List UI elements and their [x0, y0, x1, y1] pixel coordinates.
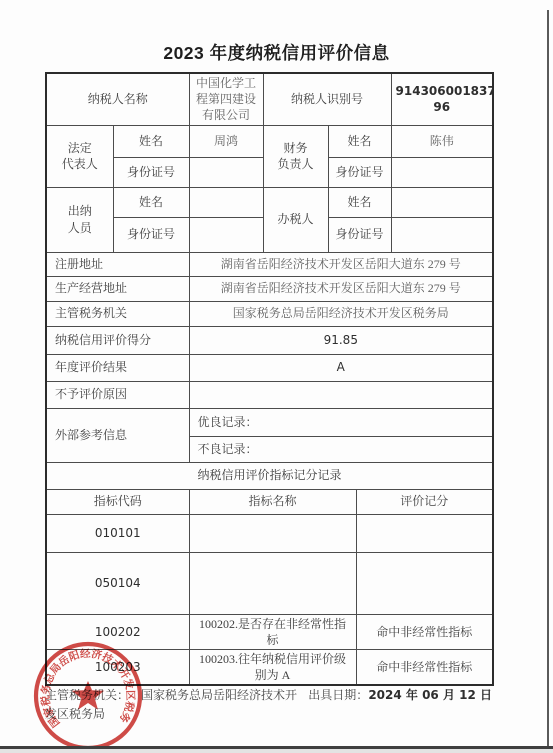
annual-result-label: 年度评价结果	[46, 354, 189, 381]
indicator-row: 100203 100203.往年纳税信用评价级别为 A 命中非经常性指标	[46, 649, 493, 685]
tax-credit-evaluation-document: 2023 年度纳税信用评价信息 纳税人名称 中国化学工程第四建设有限公司 纳税人…	[0, 0, 553, 753]
info-row-label: 生产经营地址	[46, 276, 189, 301]
evaluation-table: 纳税人名称 中国化学工程第四建设有限公司 纳税人识别号 914306001837…	[45, 72, 494, 686]
finance-name-value: 陈伟	[391, 125, 493, 157]
indicator-col-code: 指标代码	[46, 489, 189, 514]
legal-rep-label: 法定 代表人	[46, 125, 113, 187]
table-row: 年度评价结果 A	[46, 354, 493, 381]
indicator-score	[356, 514, 493, 552]
tax-agent-id-label: 身份证号	[328, 217, 391, 252]
footer-authority: 主管税务机关：国家税务总局岳阳经济技术开发区税务局	[45, 686, 308, 723]
table-row: 外部参考信息 优良记录：	[46, 408, 493, 436]
indicator-col-name: 指标名称	[189, 489, 356, 514]
indicator-code: 050104	[46, 552, 189, 614]
table-row: 指标代码 指标名称 评价记分	[46, 489, 493, 514]
good-record-label: 优良记录：	[198, 415, 258, 429]
cashier-id-label: 身份证号	[113, 217, 189, 252]
table-row: 纳税人名称 中国化学工程第四建设有限公司 纳税人识别号 914306001837…	[46, 73, 493, 125]
footer-date: 出具日期：2024 年 06 月 12 日	[308, 686, 492, 703]
table-row: 法定 代表人 姓名 周鸿 财务 负责人 姓名 陈伟	[46, 125, 493, 157]
indicator-col-score: 评价记分	[356, 489, 493, 514]
info-row-label: 注册地址	[46, 252, 189, 276]
info-row-value: 国家税务总局岳阳经济技术开发区税务局	[189, 301, 493, 326]
tax-agent-label: 办税人	[263, 187, 328, 252]
taxpayer-id-value: 9143060018376429 96	[391, 73, 493, 125]
finance-officer-label: 财务 负责人	[263, 125, 328, 187]
table-row: 不予评价原因	[46, 381, 493, 408]
indicator-row: 100202 100202.是否存在非经常性指标 命中非经常性指标	[46, 614, 493, 649]
indicator-name: 100203.往年纳税信用评价级别为 A	[189, 649, 356, 685]
cashier-label: 出纳 人员	[46, 187, 113, 252]
indicator-score: 命中非经常性指标	[356, 614, 493, 649]
tax-agent-id-value	[391, 217, 493, 252]
indicator-score	[356, 552, 493, 614]
indicator-section-title: 纳税信用评价指标记分记录	[46, 462, 493, 489]
indicator-code: 010101	[46, 514, 189, 552]
finance-name-label: 姓名	[328, 125, 391, 157]
indicator-name	[189, 552, 356, 614]
footer-date-value: 2024 年 06 月 12 日	[368, 688, 492, 702]
legal-rep-name-value: 周鸿	[189, 125, 263, 157]
scan-edge-bottom-shadow	[0, 749, 553, 753]
table-row: 主管税务机关 国家税务总局岳阳经济技术开发区税务局	[46, 301, 493, 326]
indicator-code: 100202	[46, 614, 189, 649]
finance-id-value	[391, 157, 493, 187]
indicator-row: 010101	[46, 514, 493, 552]
table-row: 纳税信用评价指标记分记录	[46, 462, 493, 489]
indicator-name: 100202.是否存在非经常性指标	[189, 614, 356, 649]
table-row: 出纳 人员 姓名 办税人 姓名	[46, 187, 493, 217]
table-row: 生产经营地址 湖南省岳阳经济技术开发区岳阳大道东 279 号	[46, 276, 493, 301]
info-row-value: 湖南省岳阳经济技术开发区岳阳大道东 279 号	[189, 276, 493, 301]
taxpayer-name-label: 纳税人名称	[46, 73, 189, 125]
table-row: 注册地址 湖南省岳阳经济技术开发区岳阳大道东 279 号	[46, 252, 493, 276]
taxpayer-name-value: 中国化学工程第四建设有限公司	[189, 73, 263, 125]
finance-id-label: 身份证号	[328, 157, 391, 187]
tax-agent-name-label: 姓名	[328, 187, 391, 217]
bad-record-cell: 不良记录：	[189, 436, 493, 462]
score-label: 纳税信用评价得分	[46, 326, 189, 354]
bad-record-label: 不良记录：	[198, 442, 258, 456]
info-row-label: 主管税务机关	[46, 301, 189, 326]
cashier-name-label: 姓名	[113, 187, 189, 217]
scan-edge-right	[547, 10, 549, 746]
legal-rep-name-label: 姓名	[113, 125, 189, 157]
indicator-code: 100203	[46, 649, 189, 685]
no-eval-reason-value	[189, 381, 493, 408]
annual-result-value: A	[189, 354, 493, 381]
cashier-id-value	[189, 217, 263, 252]
footer-authority-label: 主管税务机关：	[45, 688, 129, 702]
legal-rep-id-value	[189, 157, 263, 187]
document-title: 2023 年度纳税信用评价信息	[0, 40, 553, 65]
document-footer: 主管税务机关：国家税务总局岳阳经济技术开发区税务局 出具日期：2024 年 06…	[45, 686, 492, 723]
indicator-row: 050104	[46, 552, 493, 614]
taxpayer-id-label: 纳税人识别号	[263, 73, 391, 125]
good-record-cell: 优良记录：	[189, 408, 493, 436]
info-row-value: 湖南省岳阳经济技术开发区岳阳大道东 279 号	[189, 252, 493, 276]
cashier-name-value	[189, 187, 263, 217]
score-value: 91.85	[189, 326, 493, 354]
table-row: 纳税信用评价得分 91.85	[46, 326, 493, 354]
legal-rep-id-label: 身份证号	[113, 157, 189, 187]
indicator-name	[189, 514, 356, 552]
footer-date-label: 出具日期：	[308, 688, 368, 702]
tax-agent-name-value	[391, 187, 493, 217]
indicator-score: 命中非经常性指标	[356, 649, 493, 685]
external-ref-label: 外部参考信息	[46, 408, 189, 462]
no-eval-reason-label: 不予评价原因	[46, 381, 189, 408]
